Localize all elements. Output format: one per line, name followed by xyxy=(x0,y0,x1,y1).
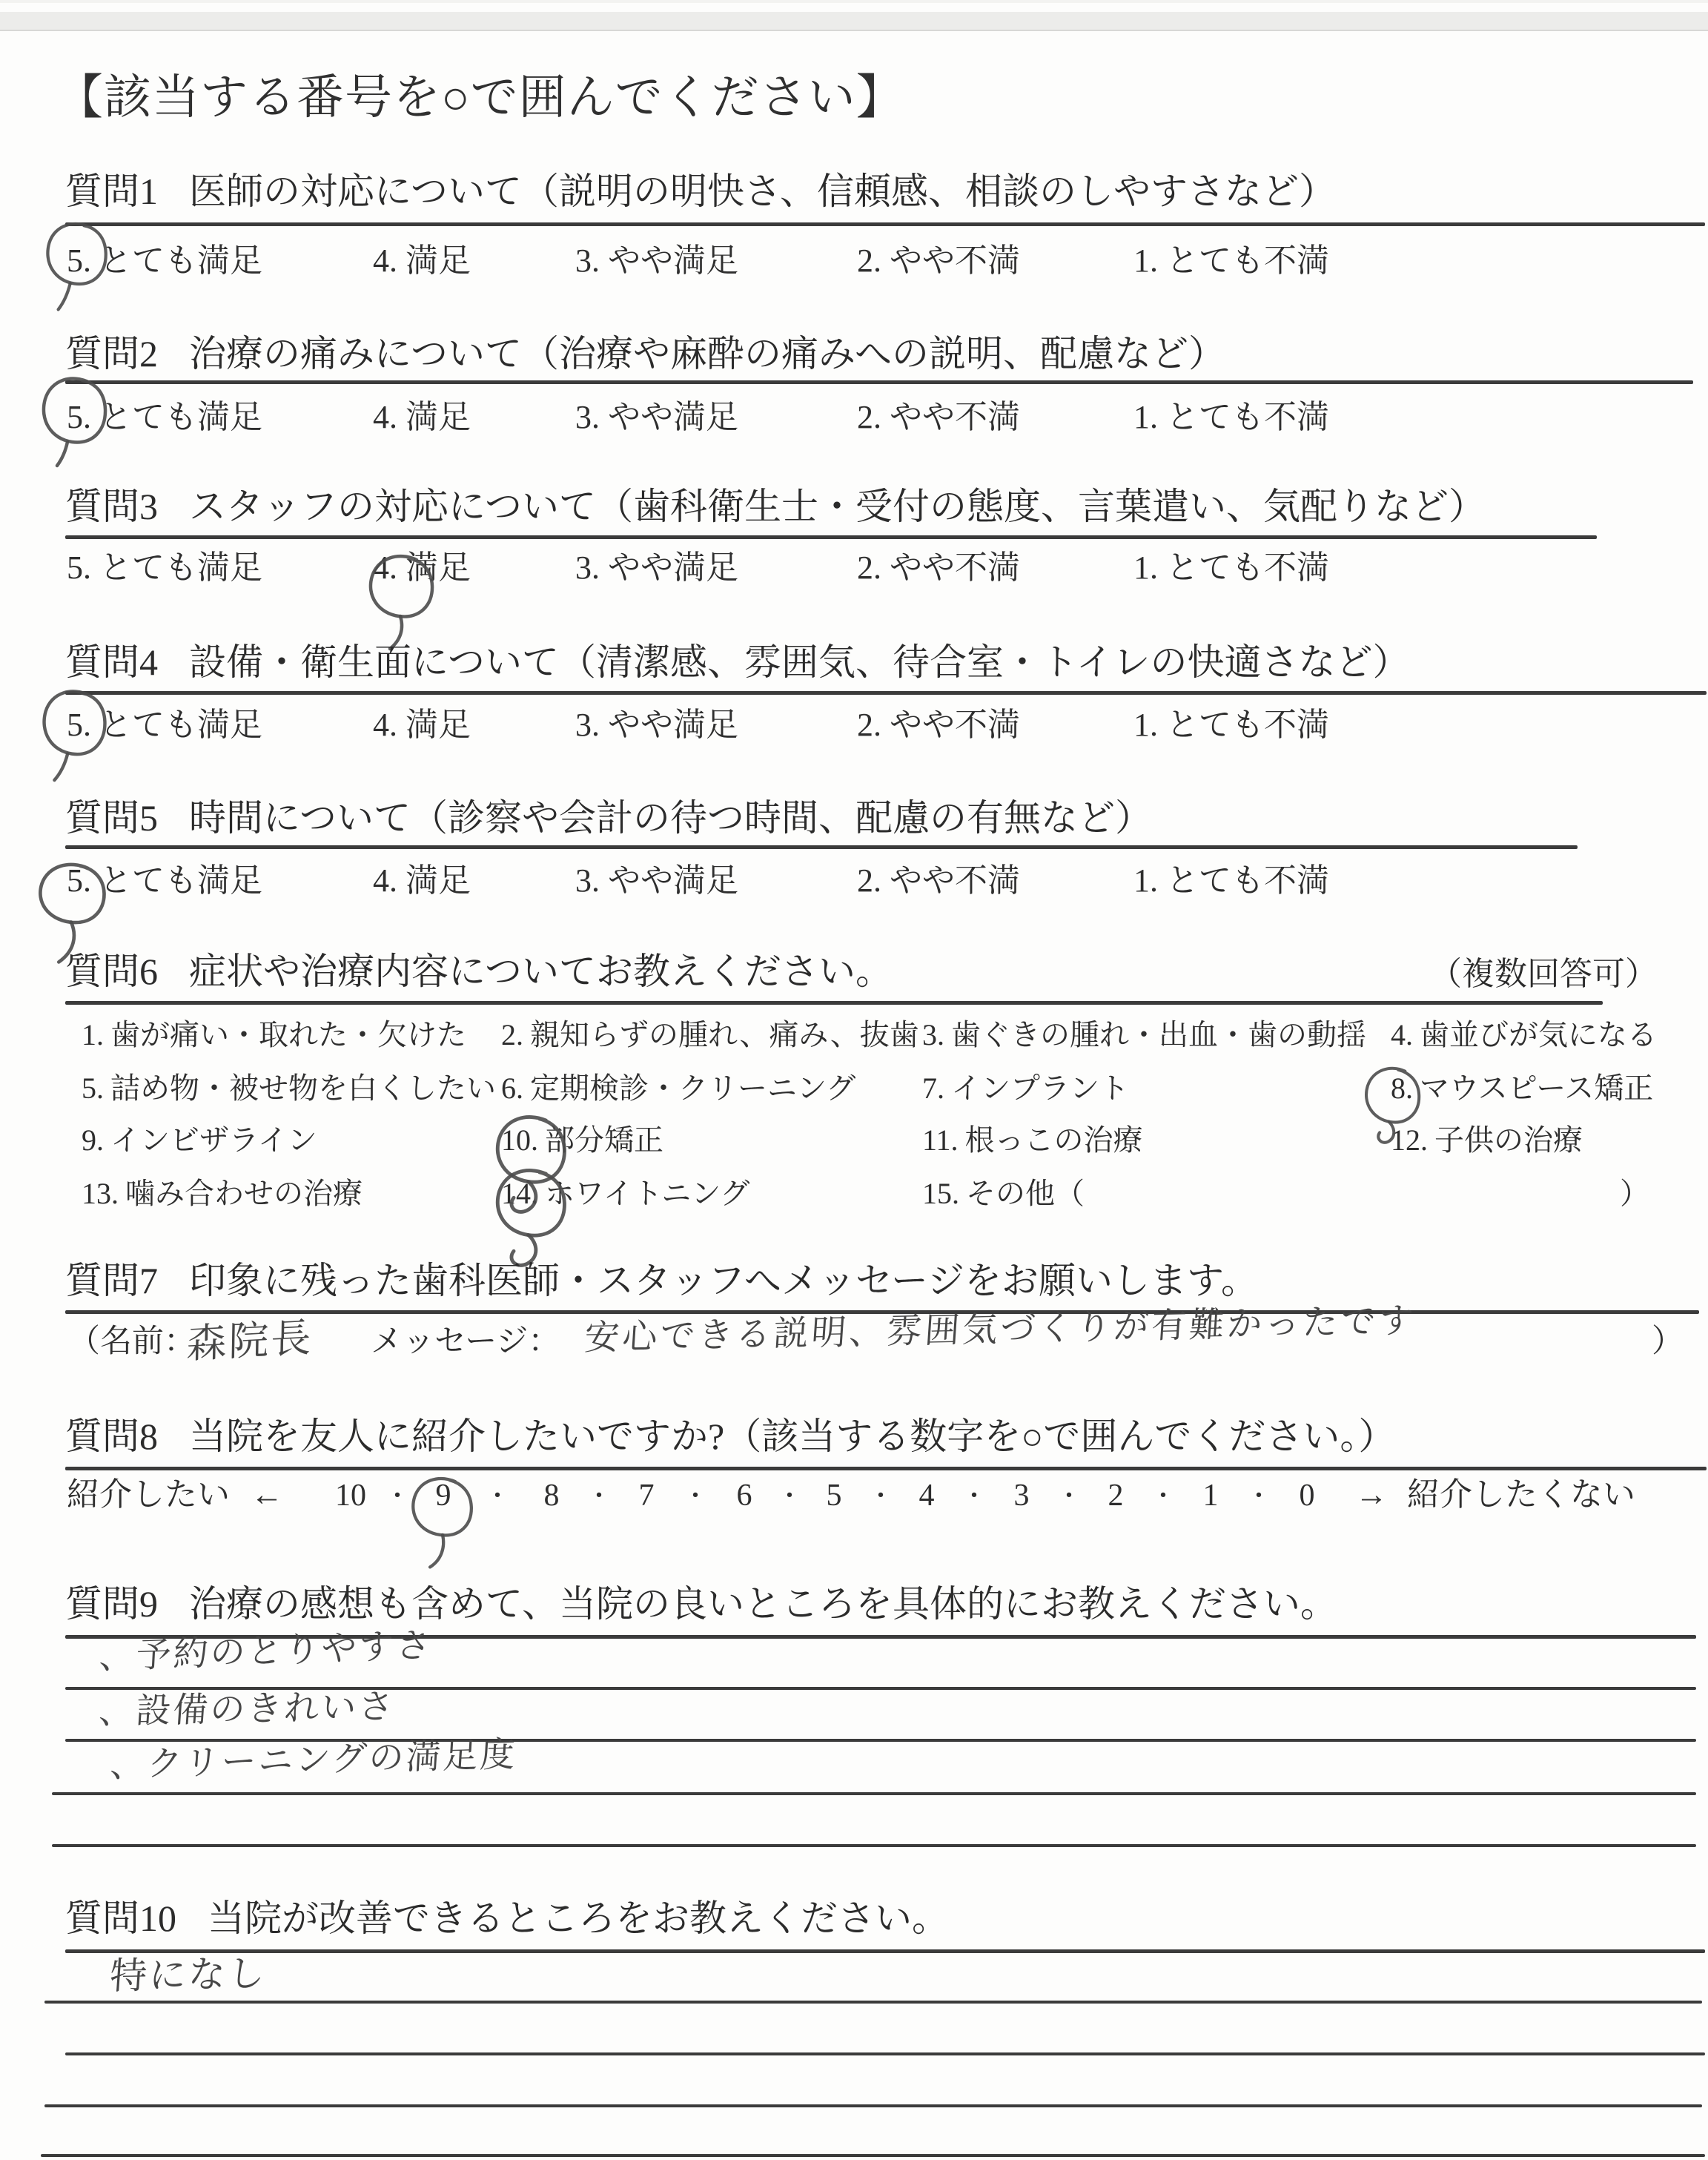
q9-answer-1-handwriting: 、予約のとりやすさ xyxy=(99,1628,434,1675)
q9-label: 質問9 xyxy=(65,1583,158,1625)
q2-header: 質問2治療の痛みについて（治療や麻酔の痛みへの説明、配慮など） xyxy=(65,335,1225,372)
q4-header: 質問4設備・衛生面について（清潔感、雰囲気、待合室・トイレの快適さなど） xyxy=(65,644,1410,681)
q8-number-5: 5 xyxy=(813,1480,855,1511)
q6-topic: 症状や治療内容についてお教えください。 xyxy=(189,951,893,992)
q8-number-4: 4 xyxy=(906,1480,947,1511)
q8-number-2: 2 xyxy=(1095,1480,1136,1511)
q8-dot: ・ xyxy=(1142,1484,1184,1510)
q8-dot: ・ xyxy=(860,1484,901,1510)
q4-selected-circle xyxy=(34,684,117,786)
scan-band-artifact xyxy=(0,12,1708,31)
q7-header: 質問7印象に残った歯科医師・スタッフへメッセージをお願いします。 xyxy=(65,1262,1258,1299)
q6-item-4: 4.歯並びが気になる xyxy=(1391,1020,1657,1050)
q10-answer-line-4 xyxy=(41,2154,1705,2157)
q2-selected-circle xyxy=(34,371,117,475)
q6-item-5: 5.詰め物・被せ物を白くしたい xyxy=(82,1074,496,1103)
q10-label: 質問10 xyxy=(65,1898,176,1939)
q4-rule xyxy=(65,691,1707,695)
q5-option-3: 3. やや満足 xyxy=(575,865,738,897)
q8-dot: ・ xyxy=(769,1484,810,1510)
q4-option-3: 3. やや満足 xyxy=(575,709,738,742)
q8-dot: ・ xyxy=(477,1484,518,1510)
q6-header: 質問6症状や治療内容についてお教えください。 xyxy=(65,953,893,990)
q5-topic: 時間について（診察や会計の待つ時間、配慮の有無など） xyxy=(189,797,1152,839)
q8-number-1: 1 xyxy=(1190,1480,1231,1511)
q1-option-3: 3. やや満足 xyxy=(575,245,738,277)
survey-page: 【該当する番号を○で囲んでください】 質問1医師の対応について（説明の明快さ、信… xyxy=(0,0,1708,2160)
q3-selected-circle xyxy=(362,546,443,657)
q8-number-0: 0 xyxy=(1286,1480,1328,1511)
q8-dot: ・ xyxy=(675,1484,716,1510)
q7-close-paren: ） xyxy=(1652,1326,1684,1358)
q8-right-label: 紹介したくない xyxy=(1407,1479,1635,1511)
q6-item-2: 2.親知らずの腫れ、痛み、抜歯 xyxy=(501,1020,919,1050)
q7-topic: 印象に残った歯科医師・スタッフへメッセージをお願いします。 xyxy=(189,1260,1258,1301)
q7-label: 質問7 xyxy=(65,1260,158,1301)
q3-rule xyxy=(65,535,1597,539)
q1-topic: 医師の対応について（説明の明快さ、信頼感、相談のしやすさなど） xyxy=(189,171,1336,212)
q6-rule xyxy=(65,1001,1603,1005)
q2-option-3: 3. やや満足 xyxy=(575,401,738,434)
q6-item-15: 15.その他（ xyxy=(922,1179,1085,1209)
q3-option-3: 3. やや満足 xyxy=(575,552,738,584)
q6-item-1: 1.歯が痛い・取れた・欠けた xyxy=(82,1020,466,1050)
q6-note: （複数回答可） xyxy=(1429,958,1658,991)
q7-name-handwriting: 森院長 xyxy=(186,1318,314,1364)
q2-rule xyxy=(65,380,1693,384)
q7-message-label: メッセージ： xyxy=(371,1326,560,1358)
q5-option-2: 2. やや不満 xyxy=(857,865,1020,897)
page-title: 【該当する番号を○で囲んでください】 xyxy=(56,74,904,122)
q1-selected-circle xyxy=(37,217,119,314)
q9-topic: 治療の感想も含めて、当院の良いところを具体的にお教えください。 xyxy=(189,1583,1337,1625)
q6-circle-8 xyxy=(1354,1062,1434,1155)
q9-header: 質問9治療の感想も含めて、当院の良いところを具体的にお教えください。 xyxy=(65,1585,1337,1622)
q4-option-1: 1. とても不満 xyxy=(1133,709,1329,742)
q4-label: 質問4 xyxy=(65,641,158,683)
q5-label: 質問5 xyxy=(65,797,158,839)
q6-item-13: 13.噛み合わせの治療 xyxy=(82,1179,363,1209)
q5-option-4: 4. 満足 xyxy=(373,865,471,897)
q2-topic: 治療の痛みについて（治療や麻酔の痛みへの説明、配慮など） xyxy=(189,333,1225,374)
q6-item-9: 9.インビザライン xyxy=(82,1126,317,1155)
q3-label: 質問3 xyxy=(65,486,158,527)
q4-option-2: 2. やや不満 xyxy=(857,709,1020,742)
q4-topic: 設備・衛生面について（清潔感、雰囲気、待合室・トイレの快適さなど） xyxy=(189,641,1410,683)
q9-answer-3-handwriting: 、クリーニングの満足度 xyxy=(109,1738,518,1783)
q8-right-arrow-icon: → xyxy=(1355,1479,1388,1511)
q8-rule xyxy=(65,1467,1707,1470)
q5-option-1: 1. とても不満 xyxy=(1133,865,1329,897)
q3-option-2: 2. やや不満 xyxy=(857,552,1020,584)
q3-option-5: 5. とても満足 xyxy=(67,552,262,584)
q1-option-2: 2. やや不満 xyxy=(857,245,1020,277)
q6-item-7: 7.インプラント xyxy=(922,1074,1129,1103)
q10-answer-handwriting: 特になし xyxy=(108,1955,268,1995)
q5-rule xyxy=(65,845,1578,849)
q8-number-7: 7 xyxy=(626,1480,667,1511)
q8-selected-circle xyxy=(405,1467,482,1575)
q1-option-1: 1. とても不満 xyxy=(1133,245,1329,277)
q6-item-6: 6.定期検診・クリーニング xyxy=(501,1074,855,1103)
q8-number-8: 8 xyxy=(531,1480,572,1511)
q1-rule xyxy=(65,222,1705,226)
q10-topic: 当院が改善できるところをお教えください。 xyxy=(208,1898,949,1939)
q8-header: 質問8当院を友人に紹介したいですか?（該当する数字を○で囲んでください。） xyxy=(65,1418,1395,1455)
q5-header: 質問5時間について（診察や会計の待つ時間、配慮の有無など） xyxy=(65,799,1152,836)
q1-option-4: 4. 満足 xyxy=(373,245,471,277)
q10-answer-line-3 xyxy=(44,2104,1702,2107)
q10-header: 質問10当院が改善できるところをお教えください。 xyxy=(65,1900,949,1937)
q8-left-label: 紹介したい xyxy=(67,1479,230,1511)
q2-option-4: 4. 満足 xyxy=(373,401,471,434)
q2-label: 質問2 xyxy=(65,333,158,374)
q8-number-10: 10 xyxy=(330,1480,371,1511)
q2-option-1: 1. とても不満 xyxy=(1133,401,1329,434)
q10-answer-line-2 xyxy=(65,2052,1705,2055)
q2-option-2: 2. やや不満 xyxy=(857,401,1020,434)
q10-rule xyxy=(65,1949,1705,1953)
q8-dot: ・ xyxy=(953,1484,995,1510)
q8-label: 質問8 xyxy=(65,1416,158,1457)
q3-header: 質問3スタッフの対応について（歯科衛生士・受付の態度、言葉遣い、気配りなど） xyxy=(65,488,1486,525)
q8-number-3: 3 xyxy=(1001,1480,1042,1511)
q1-label: 質問1 xyxy=(65,171,158,212)
q8-left-arrow-icon: ← xyxy=(251,1479,283,1511)
q8-topic: 当院を友人に紹介したいですか?（該当する数字を○で囲んでください。） xyxy=(189,1416,1395,1457)
q6-item-3: 3.歯ぐきの腫れ・出血・歯の動揺 xyxy=(922,1020,1366,1050)
q6-other-close-paren: ） xyxy=(1620,1179,1649,1209)
q6-label: 質問6 xyxy=(65,951,158,992)
q8-dot: ・ xyxy=(1238,1484,1280,1510)
q3-topic: スタッフの対応について（歯科衛生士・受付の態度、言葉遣い、気配りなど） xyxy=(189,486,1486,527)
q1-header: 質問1医師の対応について（説明の明快さ、信頼感、相談のしやすさなど） xyxy=(65,173,1336,210)
q8-dot: ・ xyxy=(578,1484,620,1510)
q3-option-1: 1. とても不満 xyxy=(1133,552,1329,584)
q4-option-4: 4. 満足 xyxy=(373,709,471,742)
q9-answer-line-4 xyxy=(52,1844,1696,1847)
q9-answer-2-handwriting: 、設備のきれいさ xyxy=(98,1690,397,1730)
q6-item-11: 11.根っこの治療 xyxy=(922,1126,1143,1155)
q10-answer-line-1 xyxy=(44,2001,1702,2004)
q9-answer-line-3 xyxy=(52,1792,1696,1795)
scan-edge-artifact xyxy=(0,0,1708,3)
q8-dot: ・ xyxy=(1048,1484,1090,1510)
q7-name-label: （名前： xyxy=(68,1326,196,1358)
q8-number-6: 6 xyxy=(724,1480,765,1511)
